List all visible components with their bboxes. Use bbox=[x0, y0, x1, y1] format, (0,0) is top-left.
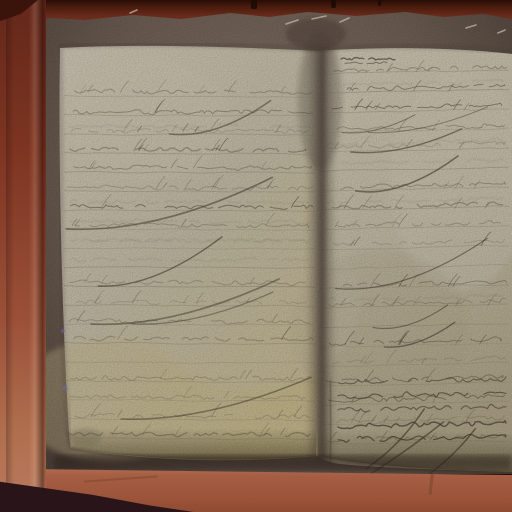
manuscript-photo bbox=[0, 0, 512, 512]
